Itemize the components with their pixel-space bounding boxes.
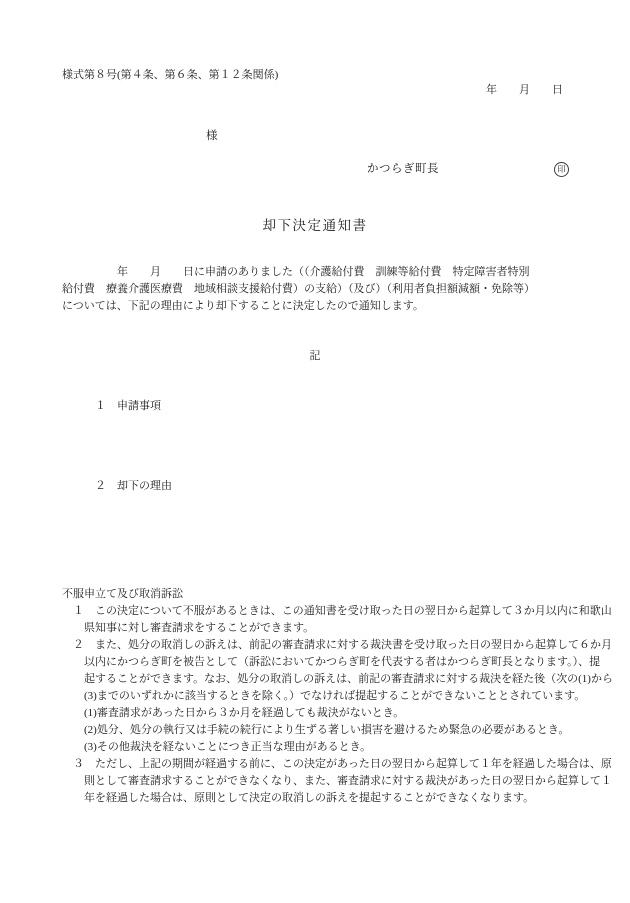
- official-seal-icon: 印: [554, 159, 569, 177]
- addressee-honorific: 様: [206, 127, 218, 143]
- body-line-1: 年 月 日に申請のありました（（介護給付費 訓練等給付費 特定障害者特別: [62, 264, 535, 281]
- rejection-notice-document: 様式第８号(第４条、第６条、第１２条関係) 年 月 日 様 かつらぎ町長 印 却…: [0, 0, 630, 903]
- appeal-line: ２ また、処分の取消しの訴えは、前記の審査請求に対する裁決書を受け取った日の翌日…: [62, 637, 613, 654]
- item-rejection-reason: ２ 却下の理由: [95, 477, 172, 493]
- body-line-2: 給付費 療養介護医療費 地域相談支援給付費）の支給）（及び）（利用者負担額減額・…: [62, 281, 535, 298]
- appeal-and-lawsuit-notice: 不服申立て及び取消訴訟 １ この決定について不服があるときは、この通知書を受け取…: [62, 586, 613, 807]
- appeal-line: ３ ただし、上記の期間が経過する前に、この決定があった日の翌日から起算して１年を…: [62, 756, 613, 773]
- appeal-line: 県知事に対し審査請求をすることができます。: [62, 620, 613, 637]
- appeal-line: １ この決定について不服があるときは、この通知書を受け取った日の翌日から起算して…: [62, 603, 613, 620]
- appeal-heading: 不服申立て及び取消訴訟: [62, 586, 613, 603]
- date-line: 年 月 日: [486, 81, 563, 97]
- appeal-line: (3)までのいずれかに該当するときを除く。）でなければ提起することができないこと…: [62, 688, 613, 705]
- appeal-line: (3)その他裁決を経ないことにつき正当な理由があるとき。: [62, 739, 613, 756]
- form-number: 様式第８号(第４条、第６条、第１２条関係): [62, 66, 278, 82]
- appeal-line: (2)処分、処分の執行又は手続の続行により生ずる著しい損害を避けるため緊急の必要…: [62, 722, 613, 739]
- appeal-line: 以内にかつらぎ町を被告として（訴訟においてかつらぎ町を代表する者はかつらぎ町長と…: [62, 654, 613, 671]
- body-paragraph: 年 月 日に申請のありました（（介護給付費 訓練等給付費 特定障害者特別 給付費…: [62, 264, 535, 315]
- document-title: 却下決定通知書: [0, 214, 630, 234]
- body-line-3: については、下記の理由により却下することに決定したので通知します。: [62, 298, 535, 315]
- appeal-line: (1)審査請求があった日から３か月を経過しても裁決がないとき。: [62, 705, 613, 722]
- appeal-line: 年を経過した場合は、原則として決定の取消しの訴えを提起することができなくなります…: [62, 790, 613, 807]
- appeal-line: 則として審査請求することができなくなり、また、審査請求に対する裁決があった日の翌…: [62, 773, 613, 790]
- seal-text: 印: [554, 162, 569, 177]
- issuer-name: かつらぎ町長: [367, 160, 439, 176]
- record-marker: 記: [0, 347, 630, 363]
- item-application-details: １ 申請事項: [95, 397, 161, 413]
- appeal-line: 起することができます。なお、処分の取消しの訴えは、前記の審査請求に対する裁決を経…: [62, 671, 613, 688]
